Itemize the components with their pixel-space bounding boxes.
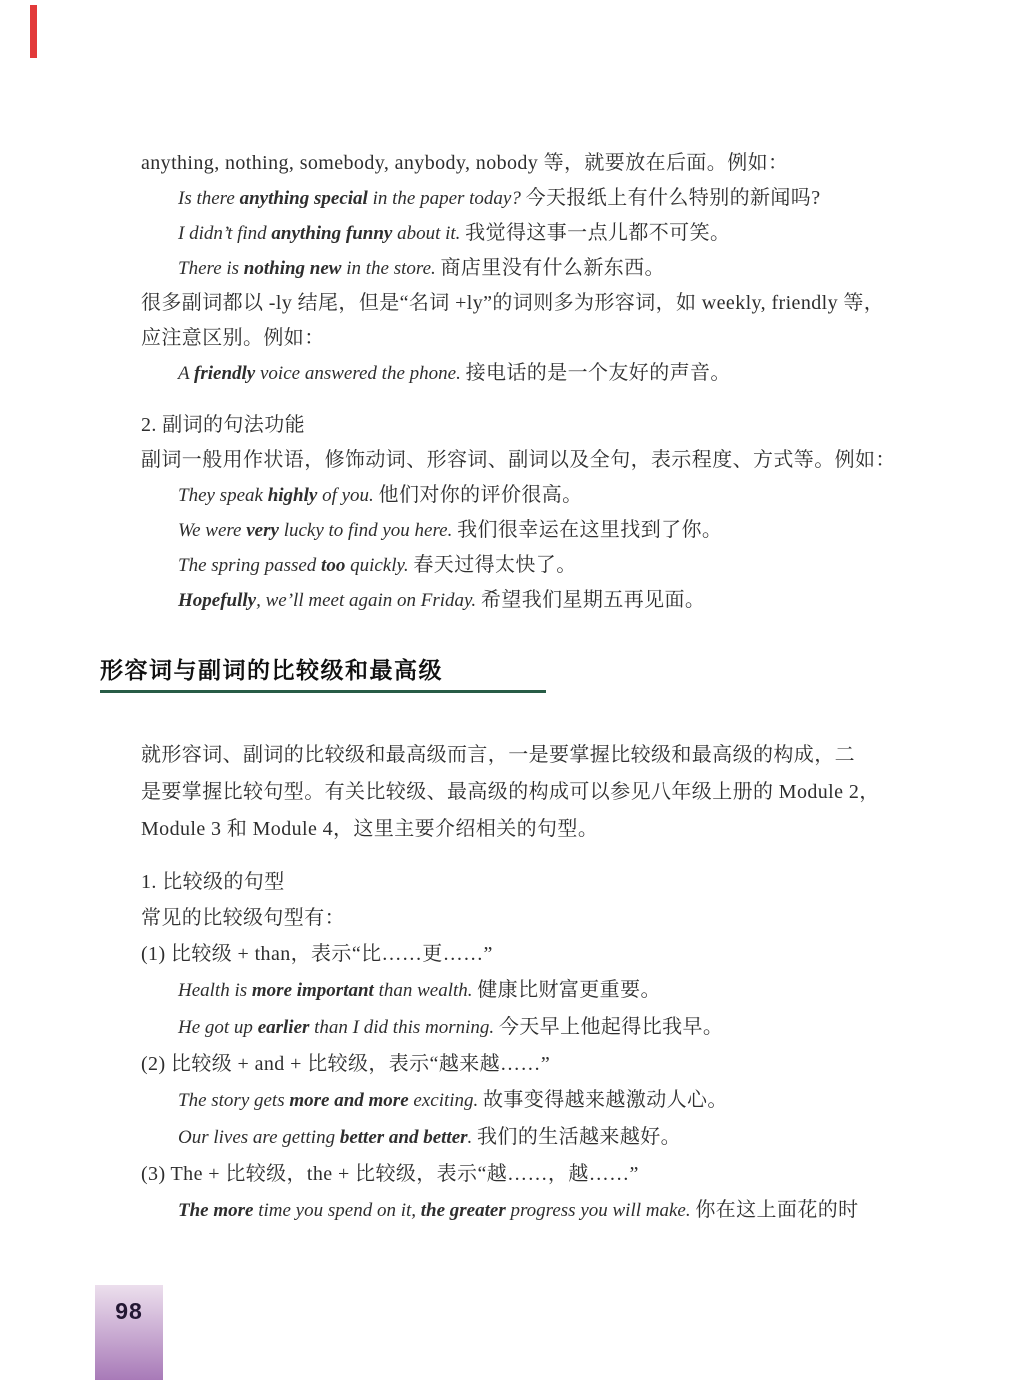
example-line: A friendly voice answered the phone. 接电话… — [141, 356, 919, 391]
english-text: friendly — [194, 363, 255, 384]
example-line: We were very lucky to find you here. 我们很… — [141, 513, 919, 548]
chinese-text: (1) 比较级 + than，表示“比……更……” — [141, 943, 493, 965]
chinese-text: 是要掌握比较句型。有关比较级、最高级的构成可以参见八年级上册的 Module 2… — [141, 781, 880, 803]
example-line: Health is more important than wealth. 健康… — [141, 972, 919, 1009]
textbook-page: { "page": { "number": "98" }, "colors": … — [0, 0, 1024, 1400]
body-line: anything, nothing, somebody, anybody, no… — [141, 146, 919, 181]
page-number: 98 — [115, 1298, 143, 1325]
page-number-box: 98 — [95, 1285, 163, 1380]
chinese-text: (3) The + 比较级，the + 比较级，表示“越……，越……” — [141, 1163, 639, 1185]
english-text: They speak — [178, 485, 268, 506]
english-text: voice answered the phone. — [255, 363, 465, 384]
example-line: He got up earlier than I did this mornin… — [141, 1009, 919, 1046]
chinese-text: 他们对你的评价很高。 — [379, 484, 583, 506]
chinese-text: 我们很幸运在这里找到了你。 — [457, 519, 722, 541]
english-text: than wealth. — [374, 980, 477, 1001]
example-line: The more time you spend on it, the great… — [141, 1192, 919, 1229]
chinese-text: 常见的比较级句型有： — [141, 907, 345, 929]
chinese-text: 副词一般用作状语，修饰动词、形容词、副词以及全句，表示程度、方式等。例如： — [141, 449, 896, 471]
english-text: anything funny — [271, 223, 392, 244]
example-line: Is there anything special in the paper t… — [141, 181, 919, 216]
chinese-text: 接电话的是一个友好的声音。 — [466, 362, 731, 384]
english-text: quickly. — [345, 555, 413, 576]
english-text: in the paper today? — [368, 188, 526, 209]
english-text: . — [468, 1127, 478, 1148]
body-line: 就形容词、副词的比较级和最高级而言，一是要掌握比较级和最高级的构成，二 — [141, 737, 919, 774]
chinese-text: anything, nothing, somebody, anybody, no… — [141, 152, 788, 174]
chinese-text: 希望我们星期五再见面。 — [481, 589, 705, 611]
english-text: I didn’t find — [178, 223, 271, 244]
body-line: (3) The + 比较级，the + 比较级，表示“越……，越……” — [141, 1156, 919, 1192]
body-line: (2) 比较级 + and + 比较级，表示“越来越……” — [141, 1046, 919, 1082]
example-line: The spring passed too quickly. 春天过得太快了。 — [141, 548, 919, 583]
english-text: nothing new — [244, 258, 342, 279]
text-group: 就形容词、副词的比较级和最高级而言，一是要掌握比较级和最高级的构成，二是要掌握比… — [141, 737, 919, 848]
english-text: There is — [178, 258, 244, 279]
english-text: exciting. — [409, 1090, 483, 1111]
text-group: anything, nothing, somebody, anybody, no… — [141, 146, 919, 391]
english-text: more important — [252, 980, 374, 1001]
english-text: very — [246, 520, 279, 541]
section-heading: 形容词与副词的比较级和最高级 — [100, 652, 546, 693]
body-line: (1) 比较级 + than，表示“比……更……” — [141, 936, 919, 972]
body-line: 应注意区别。例如： — [141, 321, 919, 356]
english-text: earlier — [258, 1017, 310, 1038]
english-text: Hopefully — [178, 590, 256, 611]
example-line: The story gets more and more exciting. 故… — [141, 1082, 919, 1119]
english-text: progress you will make. — [506, 1200, 696, 1221]
subheading-line: 2. 副词的句法功能 — [141, 408, 919, 443]
english-text: too — [321, 555, 345, 576]
english-text: Is there — [178, 188, 240, 209]
body-line: Module 3 和 Module 4，这里主要介绍相关的句型。 — [141, 811, 919, 848]
english-text: A — [178, 363, 194, 384]
body-line: 常见的比较级句型有： — [141, 900, 919, 936]
example-line: Our lives are getting better and better.… — [141, 1119, 919, 1156]
english-text: The spring passed — [178, 555, 321, 576]
chinese-text: 我觉得这事一点儿都不可笑。 — [465, 222, 730, 244]
english-text: The story gets — [178, 1090, 289, 1111]
english-text: The more — [178, 1200, 253, 1221]
section-heading-title: 形容词与副词的比较级和最高级 — [100, 657, 443, 683]
chinese-text: 健康比财富更重要。 — [477, 979, 661, 1001]
english-text: the greater — [421, 1200, 506, 1221]
english-text: Health is — [178, 980, 252, 1001]
chinese-text: 今天报纸上有什么特别的新闻吗? — [526, 187, 821, 209]
example-line: There is nothing new in the store. 商店里没有… — [141, 251, 919, 286]
chinese-text: 故事变得越来越激动人心。 — [483, 1089, 728, 1111]
english-text: more and more — [289, 1090, 408, 1111]
english-text: highly — [268, 485, 318, 506]
chinese-text: 我们的生活越来越好。 — [477, 1126, 681, 1148]
english-text: better and better — [340, 1127, 468, 1148]
content-flow: anything, nothing, somebody, anybody, no… — [141, 146, 919, 1229]
chinese-text: 1. 比较级的句型 — [141, 871, 285, 893]
example-line: They speak highly of you. 他们对你的评价很高。 — [141, 478, 919, 513]
english-text: , we’ll meet again on Friday. — [256, 590, 481, 611]
english-text: lucky to find you here. — [279, 520, 457, 541]
subheading-line: 1. 比较级的句型 — [141, 864, 919, 900]
english-text: He got up — [178, 1017, 258, 1038]
english-text: of you. — [317, 485, 378, 506]
english-text: anything special — [240, 188, 368, 209]
chinese-text: 春天过得太快了。 — [413, 554, 576, 576]
chinese-text: 商店里没有什么新东西。 — [441, 257, 665, 279]
chinese-text: (2) 比较级 + and + 比较级，表示“越来越……” — [141, 1053, 550, 1075]
chinese-text: 应注意区别。例如： — [141, 327, 325, 349]
chinese-text: Module 3 和 Module 4，这里主要介绍相关的句型。 — [141, 818, 598, 840]
example-line: I didn’t find anything funny about it. 我… — [141, 216, 919, 251]
english-text: in the store. — [341, 258, 440, 279]
english-text: time you spend on it, — [253, 1200, 420, 1221]
chinese-text: 就形容词、副词的比较级和最高级而言，一是要掌握比较级和最高级的构成，二 — [141, 744, 855, 766]
text-group: 1. 比较级的句型常见的比较级句型有：(1) 比较级 + than，表示“比……… — [141, 864, 919, 1229]
english-text: Our lives are getting — [178, 1127, 340, 1148]
text-group: 2. 副词的句法功能副词一般用作状语，修饰动词、形容词、副词以及全句，表示程度、… — [141, 408, 919, 618]
text-group: 形容词与副词的比较级和最高级 — [141, 652, 919, 693]
chinese-text: 今天早上他起得比我早。 — [499, 1016, 723, 1038]
body-line: 很多副词都以 -ly 结尾，但是“名词 +ly”的词则多为形容词，如 weekl… — [141, 286, 919, 321]
english-text: than I did this morning. — [309, 1017, 498, 1038]
body-line: 是要掌握比较句型。有关比较级、最高级的构成可以参见八年级上册的 Module 2… — [141, 774, 919, 811]
chinese-text: 很多副词都以 -ly 结尾，但是“名词 +ly”的词则多为形容词，如 weekl… — [141, 292, 884, 314]
chinese-text: 你在这上面花的时 — [695, 1199, 858, 1221]
english-text: We were — [178, 520, 246, 541]
body-line: 副词一般用作状语，修饰动词、形容词、副词以及全句，表示程度、方式等。例如： — [141, 443, 919, 478]
chinese-text: 2. 副词的句法功能 — [141, 414, 305, 436]
print-bleed-mark — [30, 5, 37, 58]
example-line: Hopefully, we’ll meet again on Friday. 希… — [141, 583, 919, 618]
english-text: about it. — [392, 223, 465, 244]
